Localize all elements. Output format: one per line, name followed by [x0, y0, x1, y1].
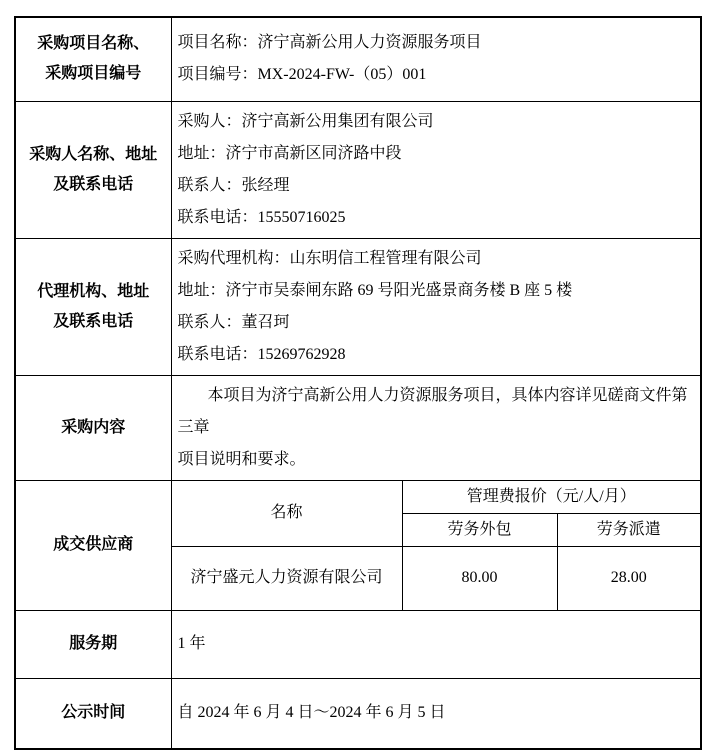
project-row-label: 采购项目名称、 采购项目编号 — [15, 17, 171, 101]
row-procurement-content: 采购内容 本项目为济宁高新公用人力资源服务项目，具体内容详见磋商文件第三章 项目… — [15, 375, 701, 480]
purchaser-info-cell: 采购人：济宁高新公用集团有限公司 地址：济宁市高新区同济路中段 联系人：张经理 … — [171, 101, 701, 238]
publicity-time-label: 公示时间 — [15, 678, 171, 749]
supplier-dispatch-header-cell: 劳务派遣 — [557, 513, 701, 546]
project-info-cell: 项目名称：济宁高新公用人力资源服务项目 项目编号：MX-2024-FW-（05）… — [171, 17, 701, 101]
row-project: 采购项目名称、 采购项目编号 项目名称：济宁高新公用人力资源服务项目 项目编号：… — [15, 17, 701, 101]
agency-address-line: 地址：济宁市吴泰闸东路 69 号阳光盛景商务楼 B 座 5 楼 — [178, 275, 697, 307]
procurement-content-label: 采购内容 — [15, 375, 171, 480]
supplier-fee-header-cell: 管理费报价（元/人/月） — [402, 480, 701, 513]
supplier-outsourcing-price-cell: 80.00 — [402, 546, 557, 610]
row-agency: 代理机构、地址 及联系电话 采购代理机构：山东明信工程管理有限公司 地址：济宁市… — [15, 238, 701, 375]
project-name-line: 项目名称：济宁高新公用人力资源服务项目 — [178, 27, 697, 59]
agency-info-cell: 采购代理机构：山东明信工程管理有限公司 地址：济宁市吴泰闸东路 69 号阳光盛景… — [171, 238, 701, 375]
agency-row-label: 代理机构、地址 及联系电话 — [15, 238, 171, 375]
purchaser-name-line: 采购人：济宁高新公用集团有限公司 — [178, 106, 697, 138]
procurement-result-table: 采购项目名称、 采购项目编号 项目名称：济宁高新公用人力资源服务项目 项目编号：… — [14, 16, 702, 750]
purchaser-address-line: 地址：济宁市高新区同济路中段 — [178, 138, 697, 170]
service-period-cell: 1 年 — [171, 610, 701, 678]
procurement-announcement-page: 采购项目名称、 采购项目编号 项目名称：济宁高新公用人力资源服务项目 项目编号：… — [0, 0, 718, 723]
agency-contact-line: 联系人：董召珂 — [178, 307, 697, 339]
project-row-label-line2: 采购项目编号 — [20, 59, 167, 89]
service-period-label: 服务期 — [15, 610, 171, 678]
purchaser-phone-line: 联系电话：15550716025 — [178, 202, 697, 234]
purchaser-row-label-line2: 及联系电话 — [20, 170, 167, 200]
procurement-content-line1: 本项目为济宁高新公用人力资源服务项目，具体内容详见磋商文件第三章 — [178, 380, 697, 444]
supplier-dispatch-price-cell: 28.00 — [557, 546, 701, 610]
row-publicity-time: 公示时间 自 2024 年 6 月 4 日～2024 年 6 月 5 日 — [15, 678, 701, 749]
supplier-row-label: 成交供应商 — [15, 480, 171, 610]
agency-phone-line: 联系电话：15269762928 — [178, 339, 697, 371]
purchaser-row-label: 采购人名称、地址 及联系电话 — [15, 101, 171, 238]
agency-row-label-line2: 及联系电话 — [20, 307, 167, 337]
procurement-content-line2: 项目说明和要求。 — [178, 444, 697, 476]
row-supplier-header1: 成交供应商 名称 管理费报价（元/人/月） — [15, 480, 701, 513]
row-service-period: 服务期 1 年 — [15, 610, 701, 678]
purchaser-contact-line: 联系人：张经理 — [178, 170, 697, 202]
procurement-content-cell: 本项目为济宁高新公用人力资源服务项目，具体内容详见磋商文件第三章 项目说明和要求… — [171, 375, 701, 480]
supplier-name-header-cell: 名称 — [171, 480, 402, 546]
project-row-label-line1: 采购项目名称、 — [20, 29, 167, 59]
publicity-time-cell: 自 2024 年 6 月 4 日～2024 年 6 月 5 日 — [171, 678, 701, 749]
agency-name-line: 采购代理机构：山东明信工程管理有限公司 — [178, 243, 697, 275]
row-purchaser: 采购人名称、地址 及联系电话 采购人：济宁高新公用集团有限公司 地址：济宁市高新… — [15, 101, 701, 238]
agency-row-label-line1: 代理机构、地址 — [20, 277, 167, 307]
supplier-outsourcing-header-cell: 劳务外包 — [402, 513, 557, 546]
project-number-line: 项目编号：MX-2024-FW-（05）001 — [178, 59, 697, 91]
supplier-name-cell: 济宁盛元人力资源有限公司 — [171, 546, 402, 610]
purchaser-row-label-line1: 采购人名称、地址 — [20, 140, 167, 170]
